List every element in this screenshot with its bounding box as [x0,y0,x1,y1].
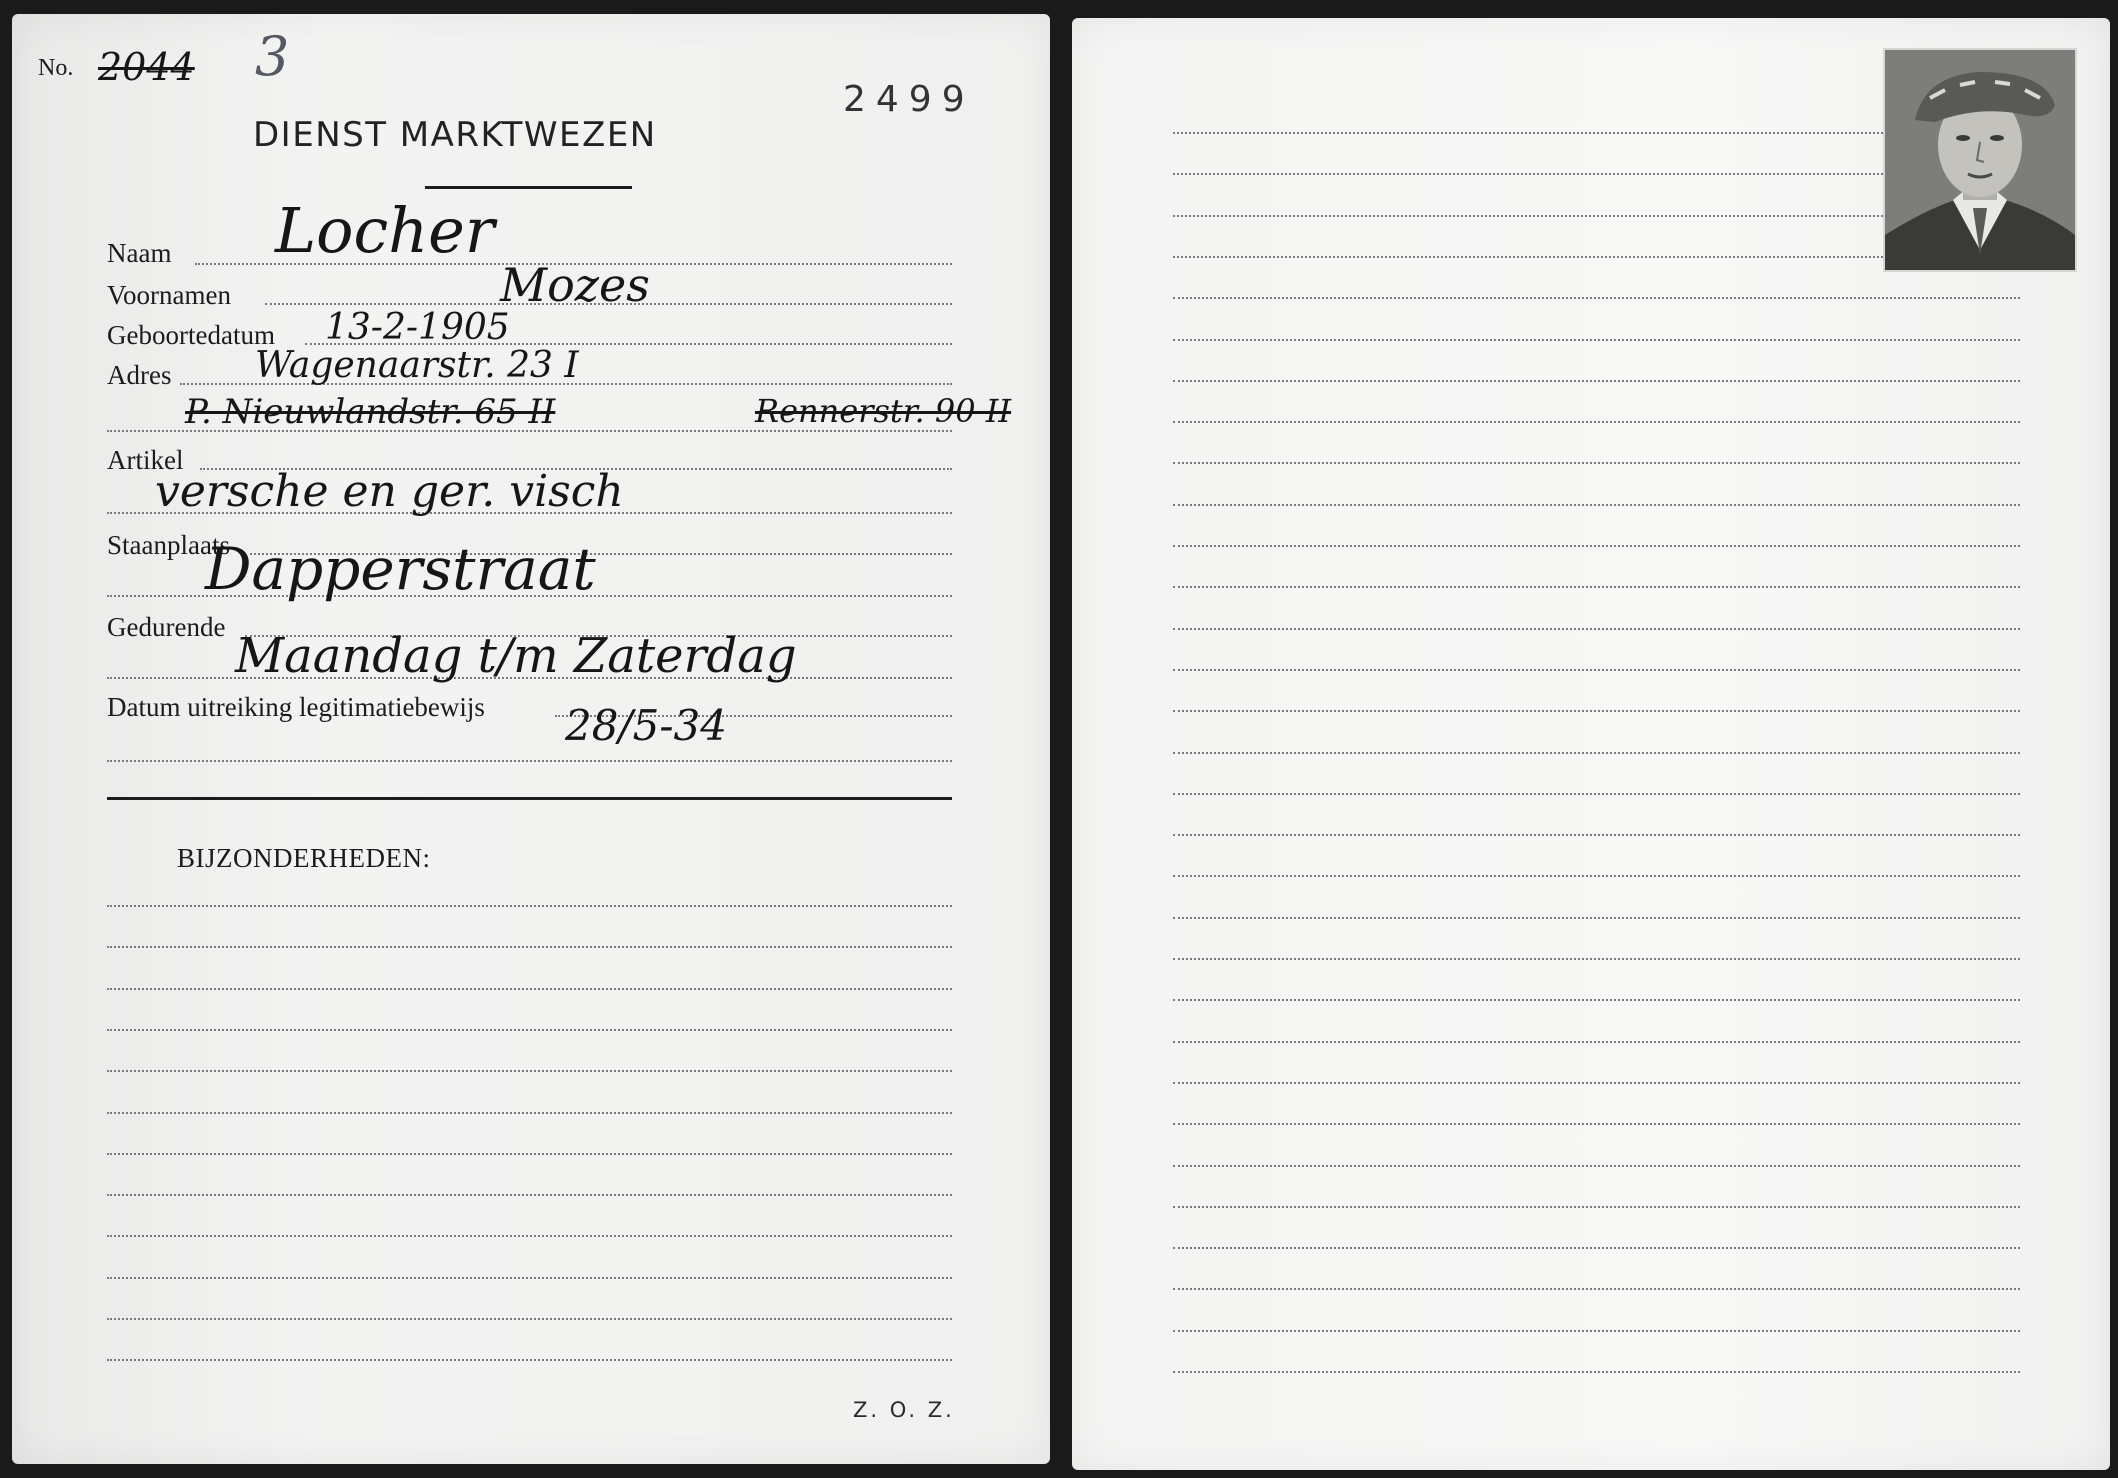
adres-value: Wagenaarstr. 23 I [255,348,579,384]
bijzonderheden-line [107,1070,952,1072]
reference-number: 2499 [843,82,975,118]
struck-card-number: 2044 [98,48,195,86]
bijzonderheden-label: BIJZONDERHEDEN: [177,845,430,872]
bijzonderheden-line [107,1235,952,1237]
portrait-photo [1883,48,2077,272]
bijzonderheden-line [107,1277,952,1279]
bijzonderheden-line [107,946,952,948]
datum-uitreiking-value: 28/5-34 [565,705,727,747]
ruled-line [1173,793,2020,795]
ruled-line [1173,710,2020,712]
ruled-line [1173,1330,2020,1332]
ruled-line [1173,999,2020,1001]
ruled-line [1173,669,2020,671]
bijzonderheden-line [107,1318,952,1320]
ruled-line [1173,215,1883,217]
ruled-line [1173,917,2020,919]
ruled-line [1173,545,2020,547]
bijzonderheden-line [107,988,952,990]
ruled-line [1173,1123,2020,1125]
naam-value: Locher [275,200,494,262]
bijzonderheden-line [107,1153,952,1155]
gedurende-label: Gedurende [107,614,225,641]
ruled-line [1173,834,2020,836]
portrait-figure-icon [1885,50,2075,270]
bijzonderheden-line [107,905,952,907]
adres-struck-1: P. Nieuwlandstr. 65 II [185,395,555,429]
voornamen-label: Voornamen [107,282,231,309]
geboortedatum-value: 13-2-1905 [325,310,510,346]
ruled-line [1173,875,2020,877]
staanplaats-value: Dapperstraat [205,540,596,598]
header-rule [425,186,632,189]
gedurende-value: Maandag t/m Zaterdag [235,632,797,680]
ruled-line [1173,958,2020,960]
datum-uitreiking-line-2 [107,760,952,762]
z-o-z-footer: Z. O. Z. [853,1398,955,1422]
naam-label: Naam [107,240,171,267]
bijzonderheden-line [107,1112,952,1114]
ruled-line [1173,1371,2020,1373]
ruled-line [1173,1082,2020,1084]
bijzonderheden-line [107,1029,952,1031]
bijzonderheden-line [107,1194,952,1196]
geboortedatum-label: Geboortedatum [107,322,275,349]
ruled-line [1173,132,1883,134]
voornamen-value: Mozes [500,262,650,308]
artikel-value: versche en ger. visch [155,470,624,514]
ruled-line [1173,586,2020,588]
ruled-line [1173,173,1883,175]
ruled-line [1173,628,2020,630]
card-header: DIENST MARKTWEZEN [253,115,657,155]
ruled-line [1173,504,2020,506]
ruled-line [1173,380,2020,382]
section-divider [107,797,952,800]
ruled-line [1173,1288,2020,1290]
ruled-line [1173,421,2020,423]
ruled-line [1173,1206,2020,1208]
bijzonderheden-line [107,1359,952,1361]
ruled-line [1173,752,2020,754]
adres-struck-2: Rennerstr. 90 II [755,395,1011,427]
ruled-line [1173,1165,2020,1167]
ruled-line [1173,1041,2020,1043]
ruled-line [1173,256,1883,258]
card-number: 3 [255,30,289,84]
adres-label: Adres [107,362,171,389]
ruled-line [1173,339,2020,341]
datum-uitreiking-label: Datum uitreiking legitimatiebewijs [107,694,485,721]
ruled-line [1173,1247,2020,1249]
registration-card-front [12,14,1050,1464]
ruled-line [1173,462,2020,464]
number-label: No. [38,56,73,80]
ruled-line [1173,297,2020,299]
